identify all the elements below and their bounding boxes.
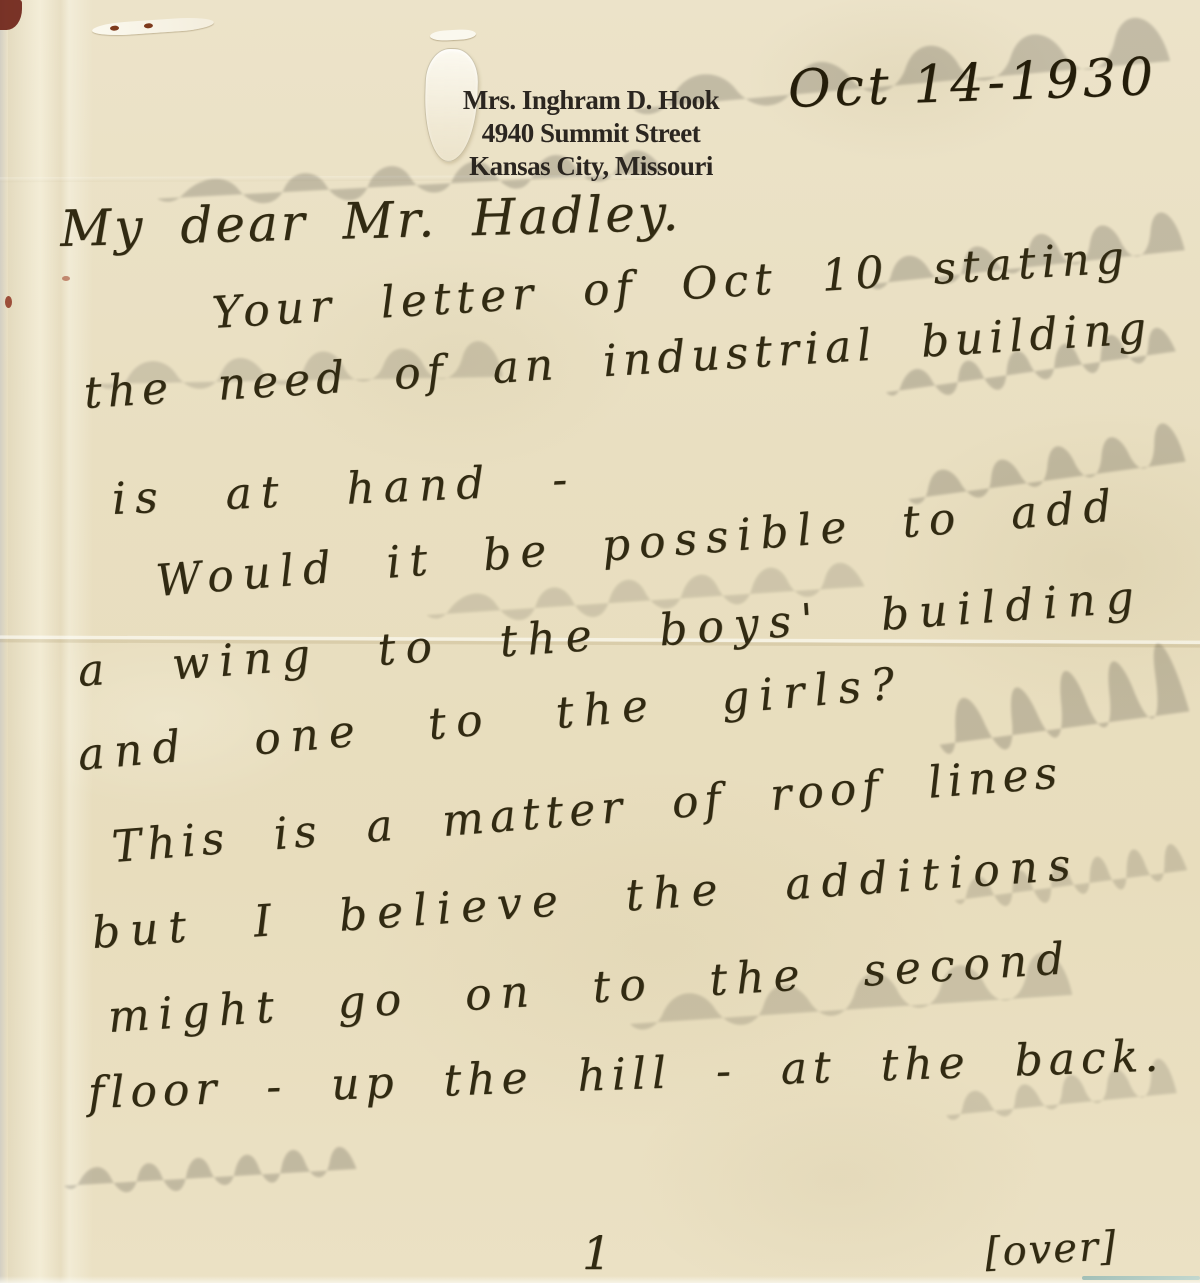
tear-spot <box>144 23 153 29</box>
letterhead-street: 4940 Summit Street <box>450 117 732 150</box>
letterhead-city: Kansas City, Missouri <box>450 150 732 183</box>
red-speck <box>5 296 12 308</box>
handwritten-line: is at hand - <box>111 454 577 525</box>
page-number: 1 <box>582 1226 611 1280</box>
handwritten-date: Oct 14-1930 <box>787 47 1158 120</box>
letterhead: Mrs. Inghram D. Hook 4940 Summit Street … <box>450 84 732 183</box>
red-speck-small <box>62 276 70 281</box>
tape-tear-top <box>430 29 476 41</box>
tear-mark-topleft <box>92 16 215 37</box>
letterhead-name: Mrs. Inghram D. Hook <box>450 84 732 117</box>
tear-spot <box>110 25 119 31</box>
over-note: [over] <box>984 1223 1119 1276</box>
bleedthrough-ghost-writing <box>58 1127 363 1219</box>
letter-page: Mrs. Inghram D. Hook 4940 Summit Street … <box>0 0 1200 1283</box>
scan-edge-corner-line <box>1082 1276 1200 1280</box>
